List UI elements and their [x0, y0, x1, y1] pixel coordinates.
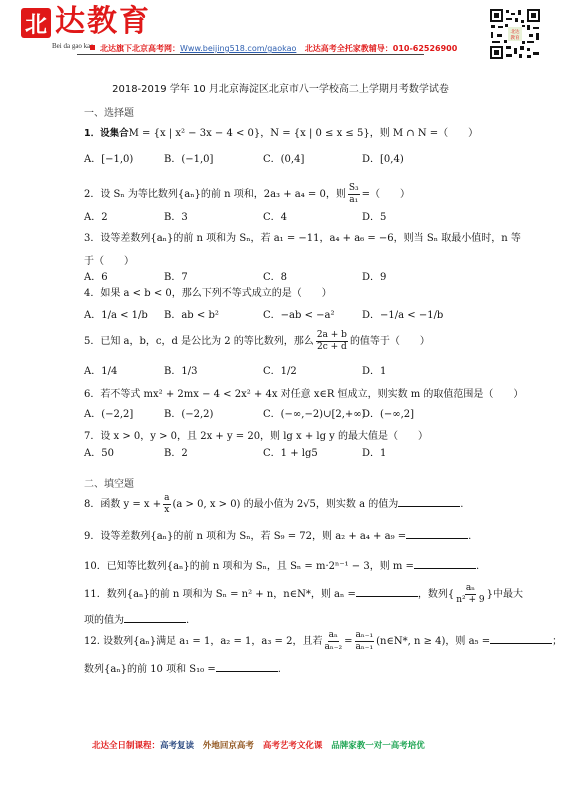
question-1: 1．设集合M = {x | x² − 3x − 4 < 0}，N = {x | … [84, 124, 478, 139]
q7-option-a: A．50 [84, 444, 114, 459]
q2-tail: =（ ） [362, 189, 410, 200]
q5-body: 5．已知 a，b，c，d 是公比为 2 的等比数列，那么 [84, 336, 314, 347]
q1-option-a: A．[−1,0) [84, 150, 133, 165]
answer-blank[interactable] [414, 559, 476, 569]
q8-fraction: ax [163, 493, 170, 516]
q6-option-a: A．(−2,2] [84, 405, 133, 420]
q12-fraction-2: aₙ₋₁aₙ₋₁ [355, 630, 375, 653]
q5-option-a: A．1/4 [84, 362, 117, 377]
section-heading-fill: 二、填空题 [84, 475, 134, 490]
answer-blank[interactable] [398, 497, 460, 507]
answer-blank[interactable] [490, 634, 552, 644]
site-label: 北达旗下北京高考网： [100, 44, 180, 53]
q1-option-b: B．(−1,0] [164, 150, 213, 165]
question-9: 9．设等差数列{aₙ}的前 n 项和为 Sₙ，若 S₉ = 72，则 a₂ + … [84, 527, 471, 542]
question-3-cont: 于（ ） [84, 252, 134, 267]
logo-text: 达教育 [55, 6, 151, 38]
q2-option-b: B．3 [164, 208, 188, 223]
footer-item: 高考艺考文化课 [263, 741, 323, 751]
frac-num: aₙ₋₁ [355, 630, 375, 642]
bullet-icon [90, 45, 95, 50]
answer-blank[interactable] [124, 613, 186, 623]
q2-option-c: C．4 [263, 208, 287, 223]
q2-fraction: S₃a₁ [348, 183, 360, 206]
q8-tail: . [460, 499, 463, 510]
question-11: 11．数列{aₙ}的前 n 项和为 Sₙ = n² + n，n∈N*，则 aₙ … [84, 583, 523, 606]
document-title: 2018-2019 学年 10 月北京海淀区北京市八一学校高二上学期月考数学试卷 [0, 80, 561, 95]
q5-option-c: C．1/2 [263, 362, 297, 377]
header-links: 北达旗下北京高考网：Www.beijing518.com/gaokao 北达高考… [100, 43, 457, 54]
q6-option-b: B．(−2,2) [164, 405, 213, 420]
q12-semi: ； [552, 636, 561, 647]
q3-option-c: C．8 [263, 268, 287, 283]
logo-pinyin: Bei da gao kao [52, 42, 94, 50]
frac-den: aₙ₋₁ [356, 642, 374, 653]
question-8: 8．函数 y = x +ax(a > 0, x > 0) 的最小值为 2√5，则… [84, 493, 463, 516]
q11-end: . [186, 615, 189, 626]
q12-fraction-1: aₙaₙ₋₂ [324, 630, 342, 653]
q11-body: 11．数列{aₙ}的前 n 项和为 Sₙ = n² + n，n∈N*，则 aₙ … [84, 589, 356, 600]
q10-body: 10．已知等比数列{aₙ}的前 n 项和为 Sₙ，且 Sₙ = m·2ⁿ⁻¹ −… [84, 561, 414, 572]
question-5: 5．已知 a，b，c，d 是公比为 2 的等比数列，那么2a + b2c + d… [84, 330, 430, 353]
svg-text:教育: 教育 [511, 34, 520, 41]
answer-blank[interactable] [216, 662, 278, 672]
q12-line2: 数列{aₙ}的前 10 项和 S₁₀ = [84, 664, 216, 675]
q11-fraction: aₙn² + 9 [456, 583, 484, 606]
frac-den: aₙ₋₂ [324, 642, 342, 653]
site-link[interactable]: Www.beijing518.com/gaokao [180, 44, 296, 53]
q6-option-d: D．(−∞,2] [362, 405, 414, 420]
q5-option-d: D．1 [362, 362, 386, 377]
question-4: 4．如果 a < b < 0，那么下列不等式成立的是（ ） [84, 284, 332, 299]
footer-courses: 北达全日制课程：高考复读 外地回京高考 高考艺考文化课 品牌家教一对一高考培优 [92, 739, 425, 751]
q3-option-d: D．9 [362, 268, 386, 283]
q2-option-d: D．5 [362, 208, 386, 223]
q6-option-c: C．(−∞,−2)∪[2,+∞) [263, 405, 366, 420]
question-12-cont: 数列{aₙ}的前 10 项和 S₁₀ =. [84, 660, 281, 675]
q4-option-c: C．−ab < −a² [263, 306, 334, 321]
q8-lead: 8．函数 y = x + [84, 499, 161, 510]
q12-end: . [278, 664, 281, 675]
q3-option-a: A．6 [84, 268, 108, 283]
header-divider [77, 54, 424, 55]
footer-label: 北达全日制课程： [92, 741, 160, 751]
q7-option-c: C．1 + lg5 [263, 444, 318, 459]
q7-option-d: D．1 [362, 444, 386, 459]
q5-tail: 的值等于（ ） [350, 336, 430, 347]
frac-num: S₃ [348, 183, 360, 195]
frac-num: aₙ [328, 630, 339, 642]
q4-option-d: D．−1/a < −1/b [362, 306, 443, 321]
logo-char: 北 [25, 8, 47, 39]
section-heading-choice: 一、选择题 [84, 104, 134, 119]
q11-line2: 项的值为 [84, 615, 124, 626]
answer-blank[interactable] [406, 529, 468, 539]
question-10: 10．已知等比数列{aₙ}的前 n 项和为 Sₙ，且 Sₙ = m·2ⁿ⁻¹ −… [84, 557, 479, 572]
qr-code-icon: 北达 教育 [489, 8, 541, 60]
q2-option-a: A．2 [84, 208, 108, 223]
frac-den: a₁ [349, 195, 358, 206]
frac-num: aₙ [465, 583, 476, 595]
tutor-phone: 010-62526900 [393, 44, 458, 53]
footer-item: 高考复读 [160, 741, 194, 751]
q10-tail: . [476, 561, 479, 572]
q1-option-c: C．(0,4] [263, 150, 304, 165]
q11-tail: 中最大 [493, 589, 523, 600]
q4-option-b: B．ab < b² [164, 306, 219, 321]
q8-body: (a > 0, x > 0) 的最小值为 2√5，则实数 a 的值为 [173, 499, 399, 510]
q3-option-b: B．7 [164, 268, 188, 283]
q1-body: M = {x | x² − 3x − 4 < 0}，N = {x | 0 ≤ x… [129, 128, 479, 139]
q11-mid: ，数列 [418, 589, 448, 600]
q12-cond: (n∈N*, n ≥ 4)，则 a₅ = [376, 636, 490, 647]
q2-body: 2．设 Sₙ 为等比数列{aₙ}的前 n 项和，2a₃ + a₄ = 0，则 [84, 189, 346, 200]
frac-den: 2c + d [317, 342, 347, 353]
question-2: 2．设 Sₙ 为等比数列{aₙ}的前 n 项和，2a₃ + a₄ = 0，则S₃… [84, 183, 410, 206]
q7-option-b: B．2 [164, 444, 188, 459]
q1-lead: 1．设集合 [84, 128, 129, 139]
q12-body: 12. 设数列{aₙ}满足 a₁ = 1，a₂ = 1，a₃ = 2，且若 [84, 636, 322, 647]
answer-blank[interactable] [356, 587, 418, 597]
footer-item: 品牌家教一对一高考培优 [331, 741, 425, 751]
frac-den: n² + 9 [456, 595, 484, 606]
tutor-label: 北达高考全托家教辅导： [305, 44, 393, 53]
question-11-cont: 项的值为. [84, 611, 189, 626]
frac-num: a [163, 493, 170, 505]
question-7: 7．设 x > 0，y > 0，且 2x + y = 20，则 lg x + l… [84, 427, 428, 442]
q9-tail: . [468, 531, 471, 542]
svg-text:北达: 北达 [511, 28, 520, 35]
frac-den: x [164, 505, 169, 516]
q5-fraction: 2a + b2c + d [316, 330, 348, 353]
q4-option-a: A．1/a < 1/b [84, 306, 148, 321]
question-12: 12. 设数列{aₙ}满足 a₁ = 1，a₂ = 1，a₃ = 2，且若aₙa… [84, 630, 561, 653]
question-3: 3．设等差数列{aₙ}的前 n 项和为 Sₙ，若 a₁ = −11，a₄ + a… [84, 229, 521, 244]
q1-option-d: D．[0,4) [362, 150, 404, 165]
question-6: 6．若不等式 mx² + 2mx − 4 < 2x² + 4x 对任意 x∈R … [84, 385, 523, 400]
logo-mark: 北 [21, 8, 51, 38]
frac-num: 2a + b [316, 330, 348, 342]
q9-body: 9．设等差数列{aₙ}的前 n 项和为 Sₙ，若 S₉ = 72，则 a₂ + … [84, 531, 406, 542]
footer-item: 外地回京高考 [203, 741, 254, 751]
q5-option-b: B．1/3 [164, 362, 197, 377]
